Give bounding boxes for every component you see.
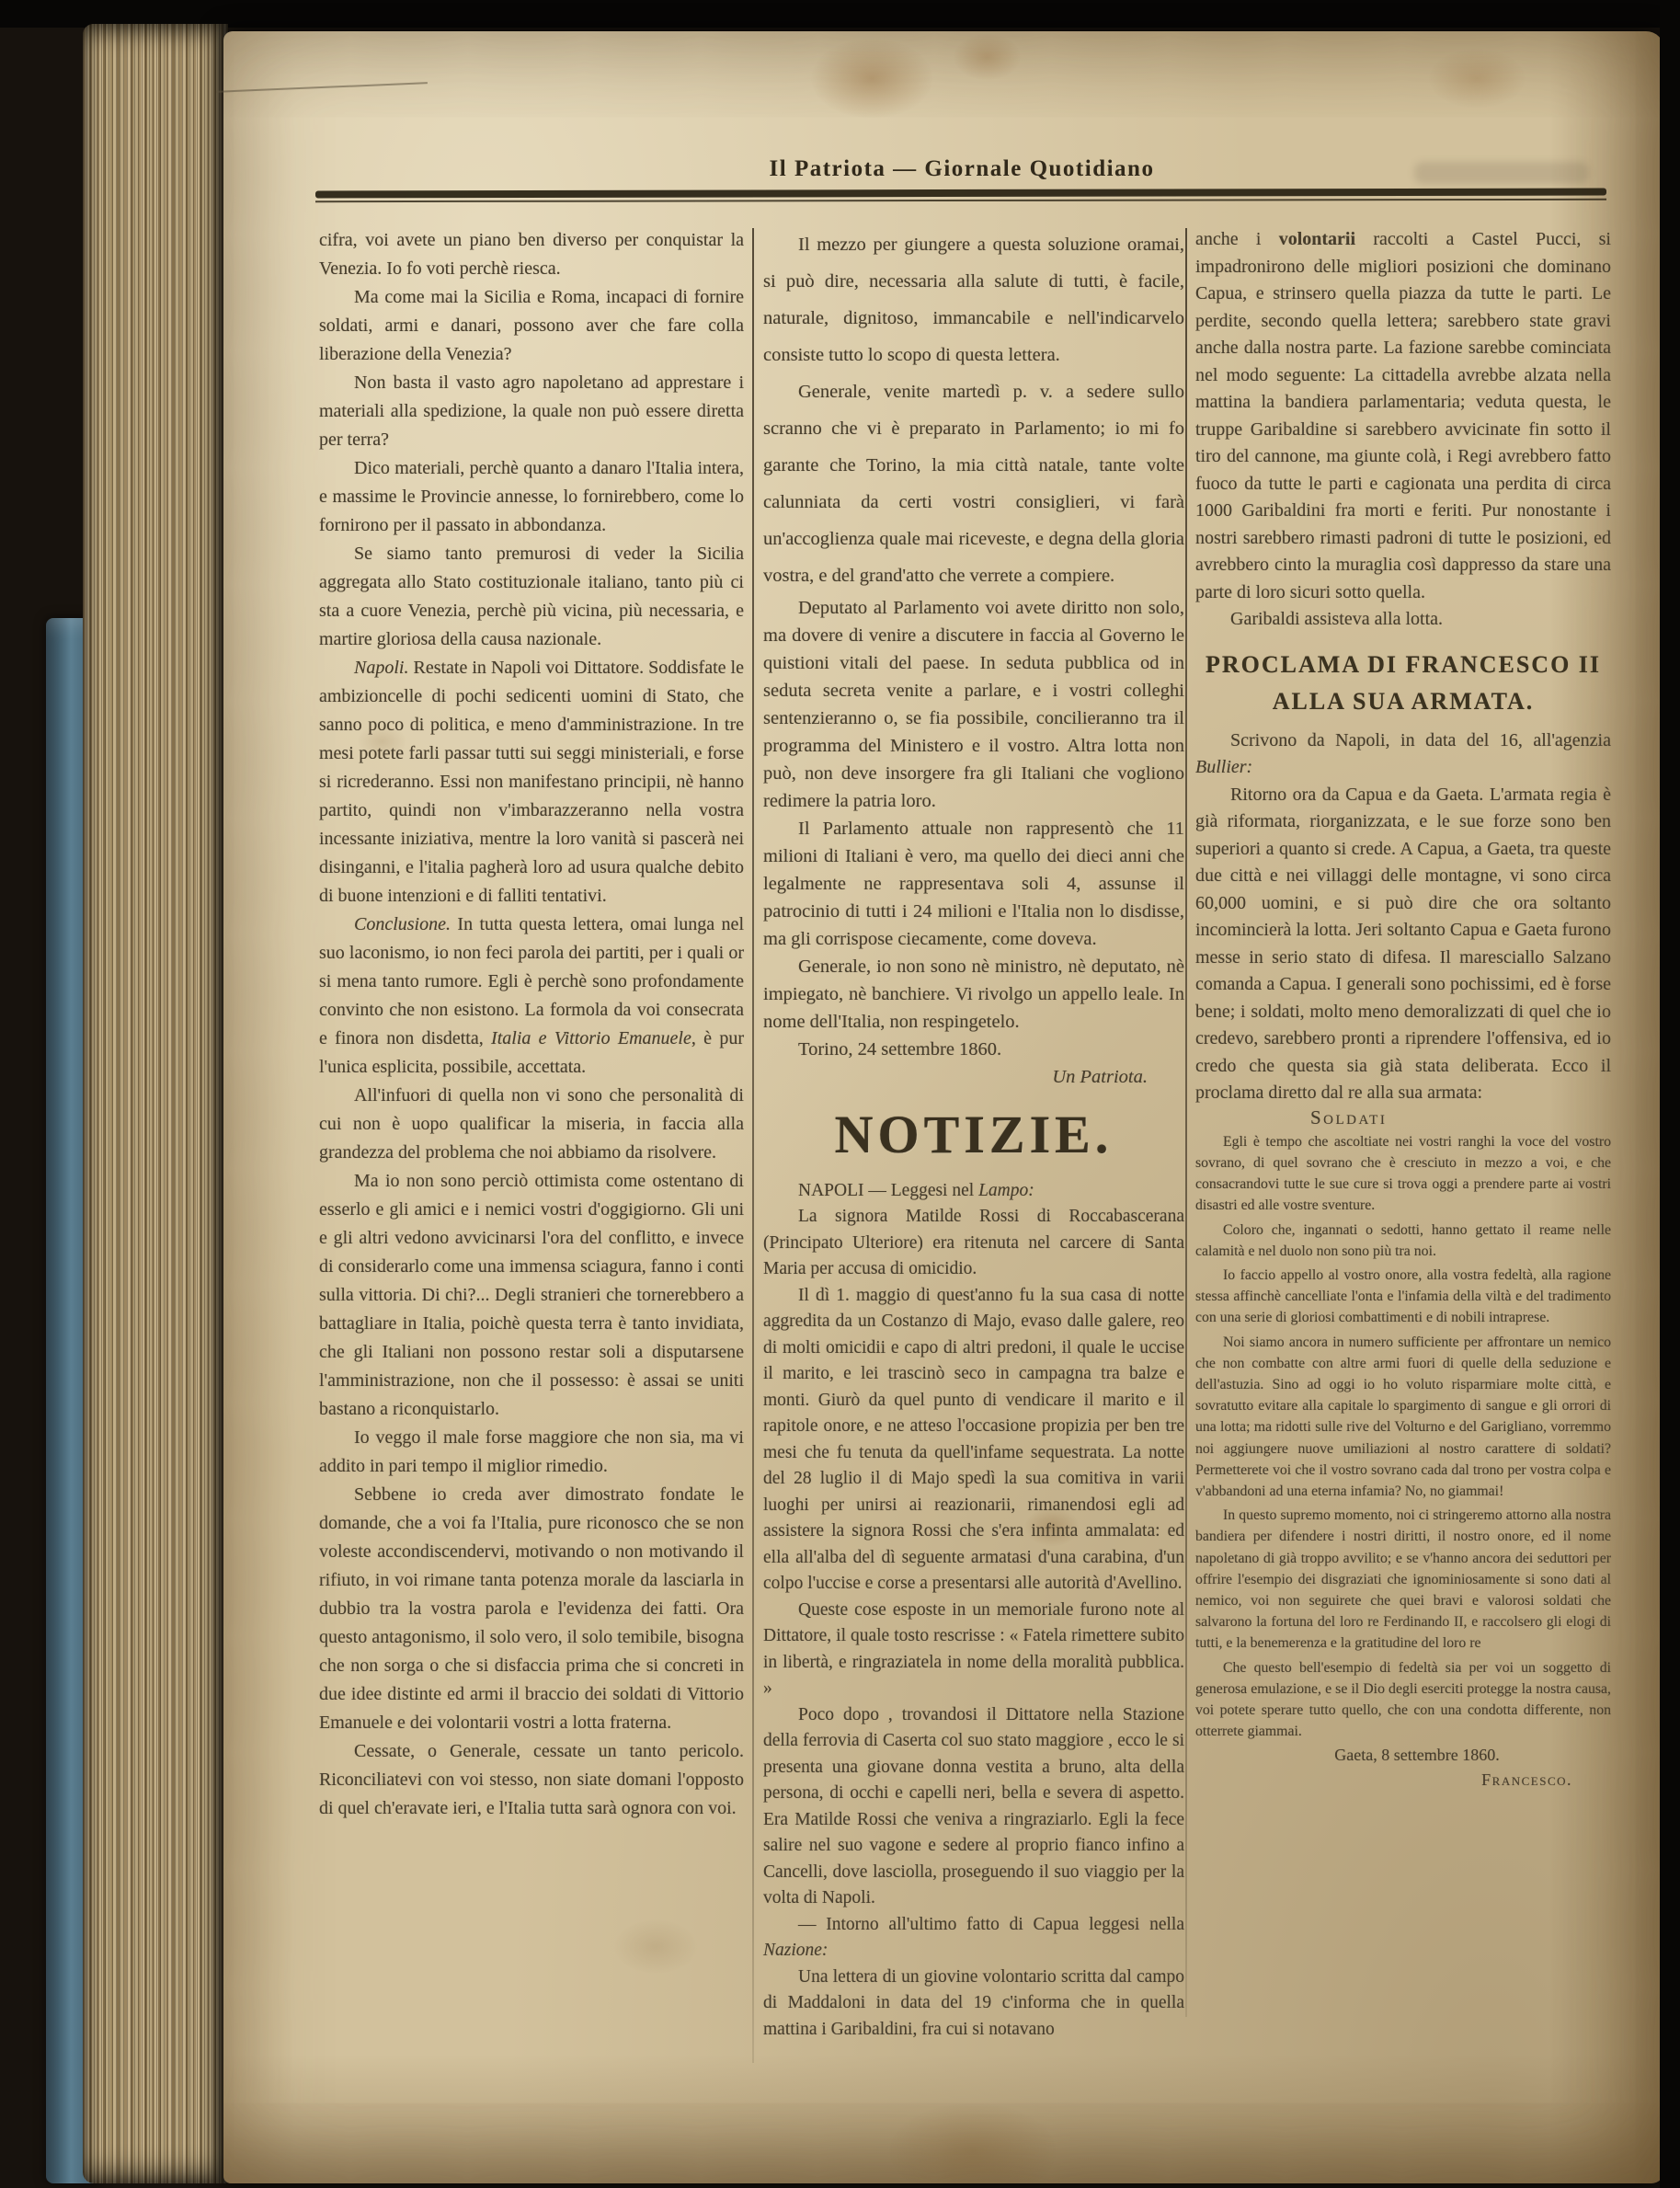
paragraph: Ma io non sono perciò ottimista come ost…	[319, 1167, 744, 1424]
paragraph: Il dì 1. maggio di quest'anno fu la sua …	[763, 1283, 1184, 1598]
paragraph-text: — Intorno all'ultimo fatto di Capua legg…	[798, 1915, 1184, 1934]
paragraph: Il Parlamento attuale non rappresentò ch…	[763, 815, 1184, 953]
paragraph: In questo supremo momento, noi ci string…	[1195, 1505, 1611, 1654]
inline-italic: Lampo:	[978, 1181, 1034, 1200]
proclama-dateline: Gaeta, 8 settembre 1860.	[1195, 1745, 1611, 1766]
paragraph: Generale, io non sono nè ministro, nè de…	[763, 953, 1184, 1036]
paragraph: Io faccio appello al vostro onore, alla …	[1195, 1265, 1611, 1329]
paragraph: Egli è tempo che ascoltiate nei vostri r…	[1195, 1131, 1611, 1217]
paragraph: Io veggo il male forse maggiore che non …	[319, 1424, 744, 1481]
paragraph: Sebbene io creda aver dimostrato fondate…	[319, 1481, 744, 1737]
column-2: Il mezzo per giungere a questa soluzione…	[763, 226, 1184, 2043]
column-1: cifra, voi avete un piano ben diverso pe…	[319, 226, 744, 1823]
paragraph: Queste cose esposte in un memoriale furo…	[763, 1598, 1184, 1702]
inline-italic: Italia e Vittorio Emanuele	[491, 1028, 691, 1048]
paragraph: Dico materiali, perchè quanto a danaro l…	[319, 454, 744, 540]
proclama-signature: Francesco.	[1195, 1770, 1611, 1791]
paragraph: Noi siamo ancora in numero sufficiente p…	[1195, 1332, 1611, 1503]
paragraph: Ritorno ora da Capua e da Gaeta. L'armat…	[1195, 782, 1611, 1107]
scratch-mark	[216, 82, 428, 93]
column-3: anche i volontarii raccolti a Castel Puc…	[1195, 226, 1611, 1793]
paragraph: Coloro che, ingannati o sedotti, hanno g…	[1195, 1220, 1611, 1262]
proclama-body: Soldati Egli è tempo che ascoltiate nei …	[1195, 1107, 1611, 1791]
paragraph-text: NAPOLI — Leggesi nel	[798, 1181, 978, 1200]
paragraph-text: Scrivono da Napoli, in data del 16, all'…	[1230, 730, 1611, 750]
paragraph: Non basta il vasto agro napoletano ad ap…	[319, 369, 744, 454]
paragraph: Garibaldi assisteva alla lotta.	[1195, 606, 1611, 634]
proclama-heading-line-1: PROCLAMA DI FRANCESCO II	[1195, 647, 1611, 683]
section-title-notizie: NOTIZIE.	[763, 1107, 1184, 1163]
column-divider	[1185, 228, 1187, 2017]
paragraph: cifra, voi avete un piano ben diverso pe…	[319, 226, 744, 283]
paragraph: Deputato al Parlamento voi avete diritto…	[763, 594, 1184, 815]
paragraph: All'infuori di quella non vi sono che pe…	[319, 1082, 744, 1167]
letter-dateline: Torino, 24 settembre 1860.	[763, 1036, 1184, 1063]
paragraph: Il mezzo per giungere a questa soluzione…	[763, 226, 1184, 373]
news-section: NAPOLI — Leggesi nel Lampo: La signora M…	[763, 1178, 1184, 2044]
paragraph-text: Restate in Napoli voi Dittatore. Soddisf…	[319, 658, 744, 906]
paragraph: anche i volontarii raccolti a Castel Puc…	[1195, 226, 1611, 606]
paragraph: Se siamo tanto premurosi di veder la Sic…	[319, 540, 744, 654]
news-source-line: — Intorno all'ultimo fatto di Capua legg…	[763, 1912, 1184, 1965]
column-divider	[752, 228, 754, 2063]
masthead-rule-thin	[315, 199, 1606, 202]
inline-italic: Nazione:	[763, 1941, 828, 1960]
newspaper-page: Il Patriota — Giornale Quotidiano cifra,…	[223, 31, 1664, 2183]
paragraph-text: anche i	[1195, 229, 1279, 249]
paragraph: Ma come mai la Sicilia e Roma, incapaci …	[319, 283, 744, 369]
paragraph: Una lettera di un giovine volontario scr…	[763, 1965, 1184, 2044]
running-head: Il Patriota — Giornale Quotidiano	[315, 156, 1608, 182]
masthead-rule	[315, 189, 1606, 201]
news-source-line: NAPOLI — Leggesi nel Lampo:	[763, 1178, 1184, 1205]
paragraph-text: raccolti a Castel Pucci, si impadroniron…	[1195, 229, 1611, 602]
paragraph-lead-italic: Napoli.	[354, 658, 408, 678]
photo-backdrop: Il Patriota — Giornale Quotidiano cifra,…	[0, 0, 1680, 2188]
paragraph: La signora Matilde Rossi di Roccabascera…	[763, 1204, 1184, 1283]
paragraph-lead-italic: Conclusione.	[354, 914, 451, 934]
proclama-heading-line-2: ALLA SUA ARMATA.	[1195, 683, 1611, 720]
paragraph: Che questo bell'esempio di fedeltà sia p…	[1195, 1657, 1611, 1743]
paragraph: Conclusione. In tutta questa lettera, om…	[319, 911, 744, 1082]
paragraph: Napoli. Restate in Napoli voi Dittatore.…	[319, 654, 744, 911]
letter-signature: Un Patriota.	[763, 1063, 1184, 1091]
paragraph: Scrivono da Napoli, in data del 16, all'…	[1195, 727, 1611, 782]
inline-italic: Bullier:	[1195, 757, 1252, 777]
inline-bold: volontarii	[1279, 229, 1355, 249]
masthead-rule-thick	[315, 189, 1606, 199]
proclama-heading: PROCLAMA DI FRANCESCO II ALLA SUA ARMATA…	[1195, 647, 1611, 720]
proclama-salutation: Soldati	[1195, 1107, 1611, 1128]
book-page-edges	[83, 24, 228, 2183]
paragraph: Generale, venite martedì p. v. a sedere …	[763, 373, 1184, 594]
paragraph: Poco dopo , trovandosi il Dittatore nell…	[763, 1702, 1184, 1912]
paragraph: Cessate, o Generale, cessate un tanto pe…	[319, 1737, 744, 1823]
